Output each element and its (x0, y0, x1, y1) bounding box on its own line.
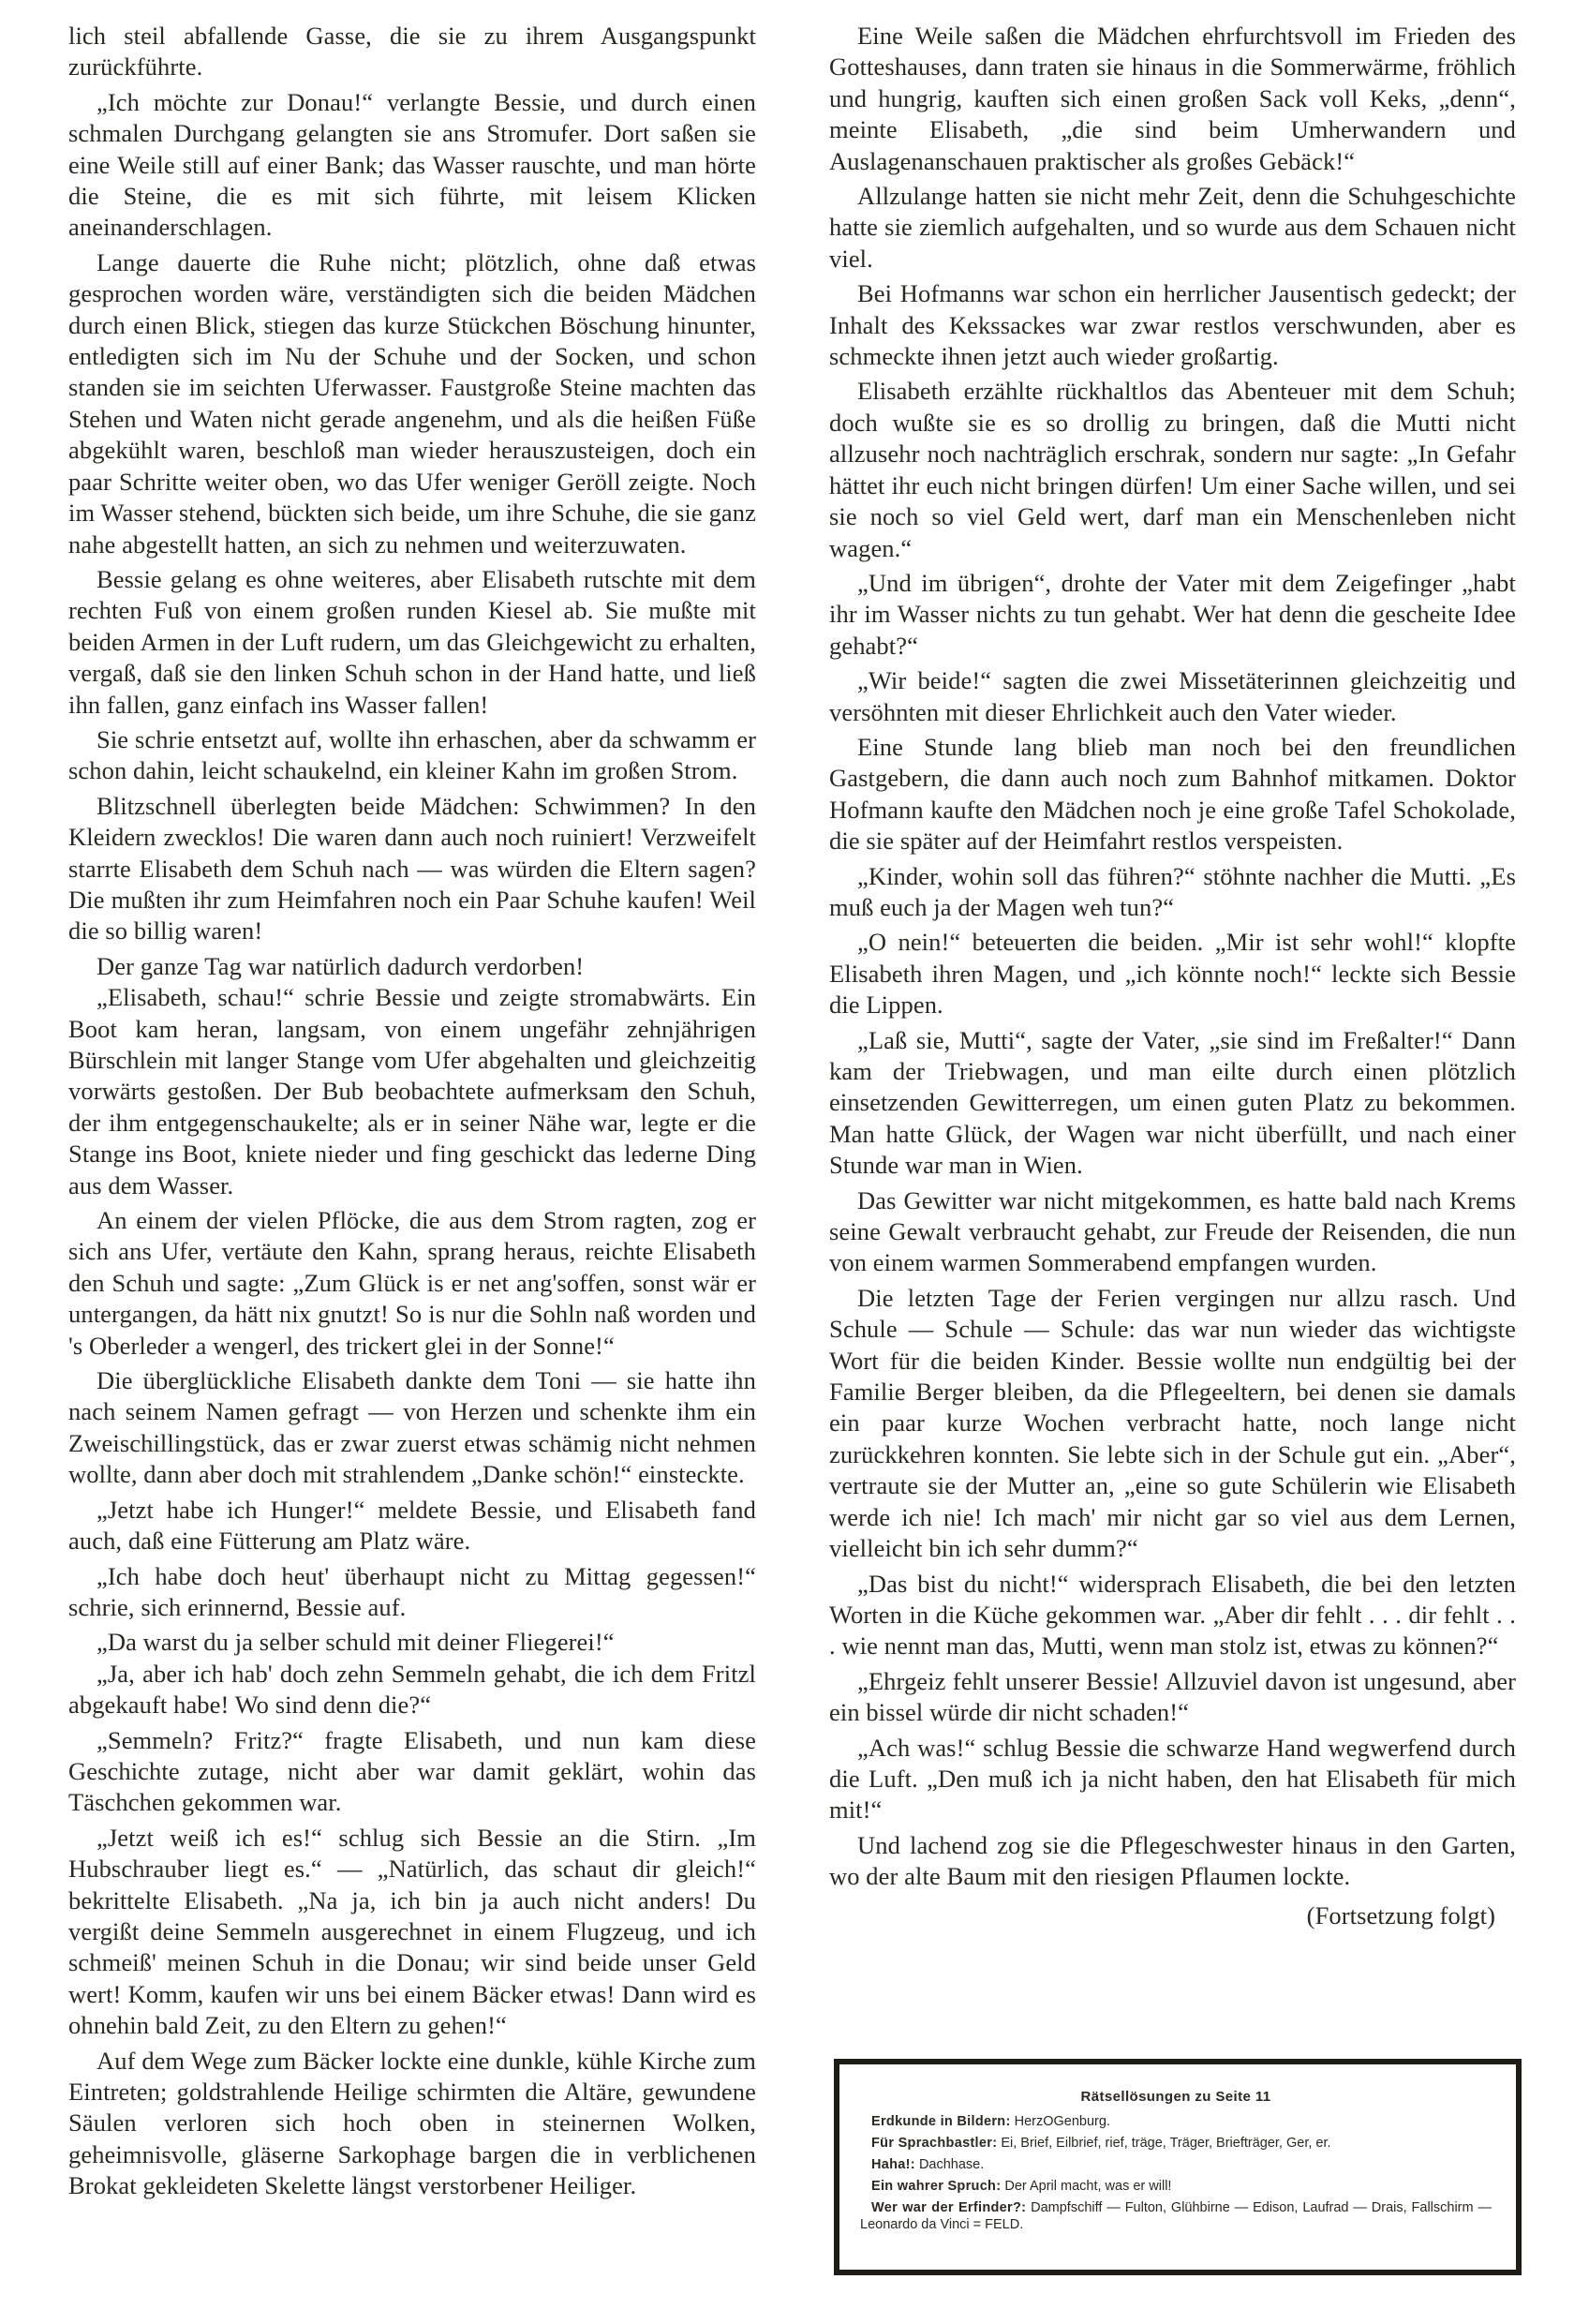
paragraph: „Ach was!“ schlug Bessie die schwarze Ha… (829, 1733, 1516, 1826)
puzzle-answer: HerzOGenburg. (1015, 2114, 1110, 2129)
paragraph: „Laß sie, Mutti“, sagte der Vater, „sie … (829, 1025, 1516, 1182)
paragraph: Eine Stunde lang blieb man noch bei den … (829, 732, 1516, 857)
story-column-left: lich steil abfallende Gasse, die sie zu … (68, 21, 756, 2206)
paragraph: „Ehrgeiz fehlt unserer Bessie! Allzuviel… (829, 1666, 1516, 1729)
paragraph: Sie schrie entsetzt auf, wollte ihn erha… (68, 724, 756, 787)
paragraph: „Ich habe doch heut' überhaupt nicht zu … (68, 1561, 756, 1624)
paragraph: Die letzten Tage der Ferien vergingen nu… (829, 1283, 1516, 1565)
paragraph: „Und im übrigen“, drohte der Vater mit d… (829, 568, 1516, 662)
puzzle-solution-item: Erdkunde in Bildern: HerzOGenburg. (860, 2113, 1492, 2130)
puzzle-solutions-box: Rätsellösungen zu Seite 11 Erdkunde in B… (834, 2059, 1522, 2275)
paragraph: Bei Hofmanns war schon ein herrlicher Ja… (829, 278, 1516, 372)
puzzle-solution-item: Für Sprachbastler: Ei, Brief, Eilbrief, … (860, 2135, 1492, 2152)
puzzle-label: Haha!: (871, 2157, 915, 2172)
paragraph: „O nein!“ beteuerten die beiden. „Mir is… (829, 927, 1516, 1020)
paragraph: An einem der vielen Pflöcke, die aus dem… (68, 1205, 756, 1362)
paragraph: „Kinder, wohin soll das führen?“ stöhnte… (829, 861, 1516, 924)
paragraph: Allzulange hatten sie nicht mehr Zeit, d… (829, 181, 1516, 275)
paragraph: „Jetzt weiß ich es!“ schlug sich Bessie … (68, 1823, 756, 2042)
paragraph: „Semmeln? Fritz?“ fragte Elisabeth, und … (68, 1725, 756, 1819)
puzzle-answer: Dachhase. (919, 2157, 984, 2172)
puzzle-label: Ein wahrer Spruch: (871, 2179, 1001, 2194)
puzzle-solutions-title: Rätsellösungen zu Seite 11 (860, 2089, 1492, 2106)
paragraph: „Da warst du ja selber schuld mit deiner… (68, 1627, 756, 1658)
puzzle-answer: Der April macht, was er will! (1004, 2179, 1171, 2194)
paragraph: Lange dauerte die Ruhe nicht; plötzlich,… (68, 247, 756, 560)
paragraph: „Ich möchte zur Donau!“ verlangte Bessie… (68, 87, 756, 244)
paragraph: Der ganze Tag war natürlich dadurch verd… (68, 951, 756, 982)
paragraph: Das Gewitter war nicht mitgekommen, es h… (829, 1185, 1516, 1279)
continuation-note: (Fortsetzung folgt) (829, 1900, 1516, 1931)
paragraph: Blitzschnell überlegten beide Mädchen: S… (68, 791, 756, 947)
paragraph: „Wir beide!“ sagten die zwei Missetäteri… (829, 665, 1516, 728)
paragraph: „Elisabeth, schau!“ schrie Bessie und ze… (68, 982, 756, 1201)
story-column-right: Eine Weile saßen die Mädchen ehrfurchtsv… (829, 21, 1516, 1931)
paragraph: Elisabeth erzählte rückhaltlos das Abent… (829, 376, 1516, 563)
puzzle-solution-item: Haha!: Dachhase. (860, 2156, 1492, 2173)
paragraph: Und lachend zog sie die Pflegeschwester … (829, 1830, 1516, 1893)
puzzle-solution-item: Wer war der Erfinder?: Dampfschiff — Ful… (860, 2199, 1492, 2233)
puzzle-label: Für Sprachbastler: (871, 2136, 997, 2151)
puzzle-solution-item: Ein wahrer Spruch: Der April macht, was … (860, 2178, 1492, 2195)
puzzle-label: Wer war der Erfinder?: (871, 2200, 1026, 2215)
paragraph: „Jetzt habe ich Hunger!“ meldete Bessie,… (68, 1495, 756, 1557)
paragraph: „Ja, aber ich hab' doch zehn Semmeln geh… (68, 1659, 756, 1721)
paragraph: „Das bist du nicht!“ widersprach Elisabe… (829, 1569, 1516, 1662)
paragraph: lich steil abfallende Gasse, die sie zu … (68, 21, 756, 83)
paragraph: Auf dem Wege zum Bäcker lockte eine dunk… (68, 2046, 756, 2202)
paragraph: Eine Weile saßen die Mädchen ehrfurchtsv… (829, 21, 1516, 177)
puzzle-answer: Ei, Brief, Eilbrief, rief, träge, Träger… (1001, 2136, 1330, 2151)
puzzle-label: Erdkunde in Bildern: (871, 2114, 1011, 2129)
paragraph: Bessie gelang es ohne weiteres, aber Eli… (68, 564, 756, 721)
paragraph: Die überglückliche Elisabeth dankte dem … (68, 1365, 756, 1491)
